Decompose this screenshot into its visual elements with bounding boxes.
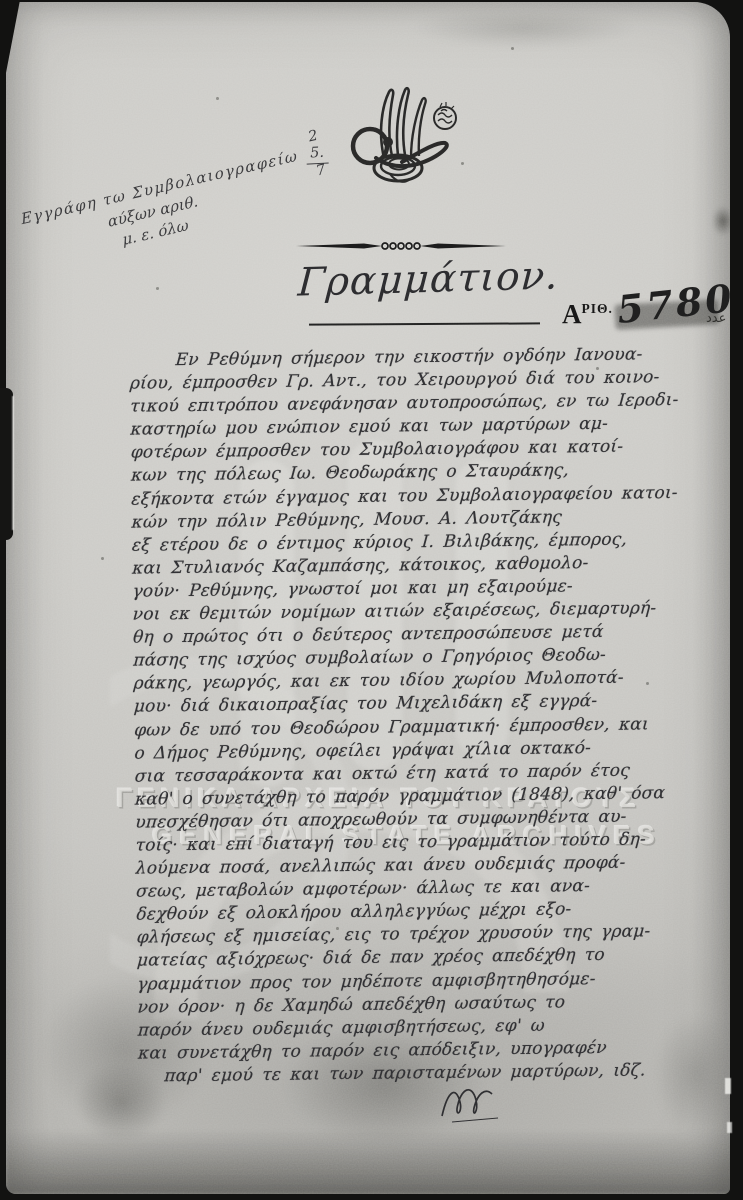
paper-stain [414, 8, 634, 48]
handwritten-line: Εν Ρεθύμνη σήμερον την εικοστήν ογδόην Ι… [129, 342, 727, 372]
document-scan: ΓΕΝΙΚΑ ΑΡΧΕΙΑ ΤΟΥ ΚΡΑΤΟΥΣ GENERAL STATE … [0, 0, 743, 1200]
page-edge-highlight [12, 396, 14, 530]
paper-stain [654, 1014, 730, 1134]
registration-number: 5. [306, 144, 329, 164]
registration-note-numbers: 2 5. 7 [301, 126, 334, 182]
handwritten-line: ρίου, έμπροσθεν Γρ. Αντ., του Χειρουργού… [129, 365, 727, 395]
paper-speck [336, 927, 339, 930]
number-label: ΑΡΙΘ. [562, 301, 613, 328]
paper-speck [216, 97, 219, 100]
watermark-text-english: GENERAL STATE ARCHIVES [152, 820, 662, 851]
paper-speck [156, 287, 159, 290]
registration-note-line: αύξων αριθ. [107, 160, 337, 231]
registration-note: Εγγράφη τω Συμβολαιογραφείω αύξων αριθ. … [19, 139, 343, 270]
registration-note-line: Εγγράφη τω Συμβολαιογραφείω [20, 139, 332, 229]
watermark-text-greek: ΓΕΝΙΚΑ ΑΡΧΕΙΑ ΤΟΥ ΚΡΑΤΟΥΣ [116, 783, 641, 814]
registration-note-line: μ. ε. όλω [121, 180, 342, 249]
paper-speck [646, 682, 649, 685]
page-edge-tear [727, 1122, 732, 1133]
page-edge-tear [725, 1078, 731, 1094]
registration-number: 2 [307, 128, 320, 146]
paper-page: ΓΕΝΙΚΑ ΑΡΧΕΙΑ ΤΟΥ ΚΡΑΤΟΥΣ GENERAL STATE … [6, 2, 730, 1194]
title-underline [309, 322, 540, 325]
paper-speck [511, 47, 514, 50]
tughra-seal-icon [332, 82, 477, 212]
watermark-emblem-icon [110, 400, 590, 1050]
paper-stain [284, 1024, 484, 1144]
document-title: Γραμμάτιον. [297, 256, 560, 302]
paper-speck [461, 162, 464, 165]
ink-smudge [614, 299, 719, 329]
paper-speck [101, 557, 104, 560]
number-arabic-label: عدد [706, 311, 726, 326]
registration-number: 7 [315, 162, 328, 180]
paper-stain [6, 1130, 730, 1194]
number-label-rest: ΡΙΘ. [582, 301, 613, 316]
document-number: 5780 [615, 279, 730, 329]
paper-speck [596, 367, 599, 370]
ornament-divider-icon [294, 238, 508, 254]
paper-stain [712, 206, 730, 236]
number-label-initial: Α [562, 299, 582, 329]
